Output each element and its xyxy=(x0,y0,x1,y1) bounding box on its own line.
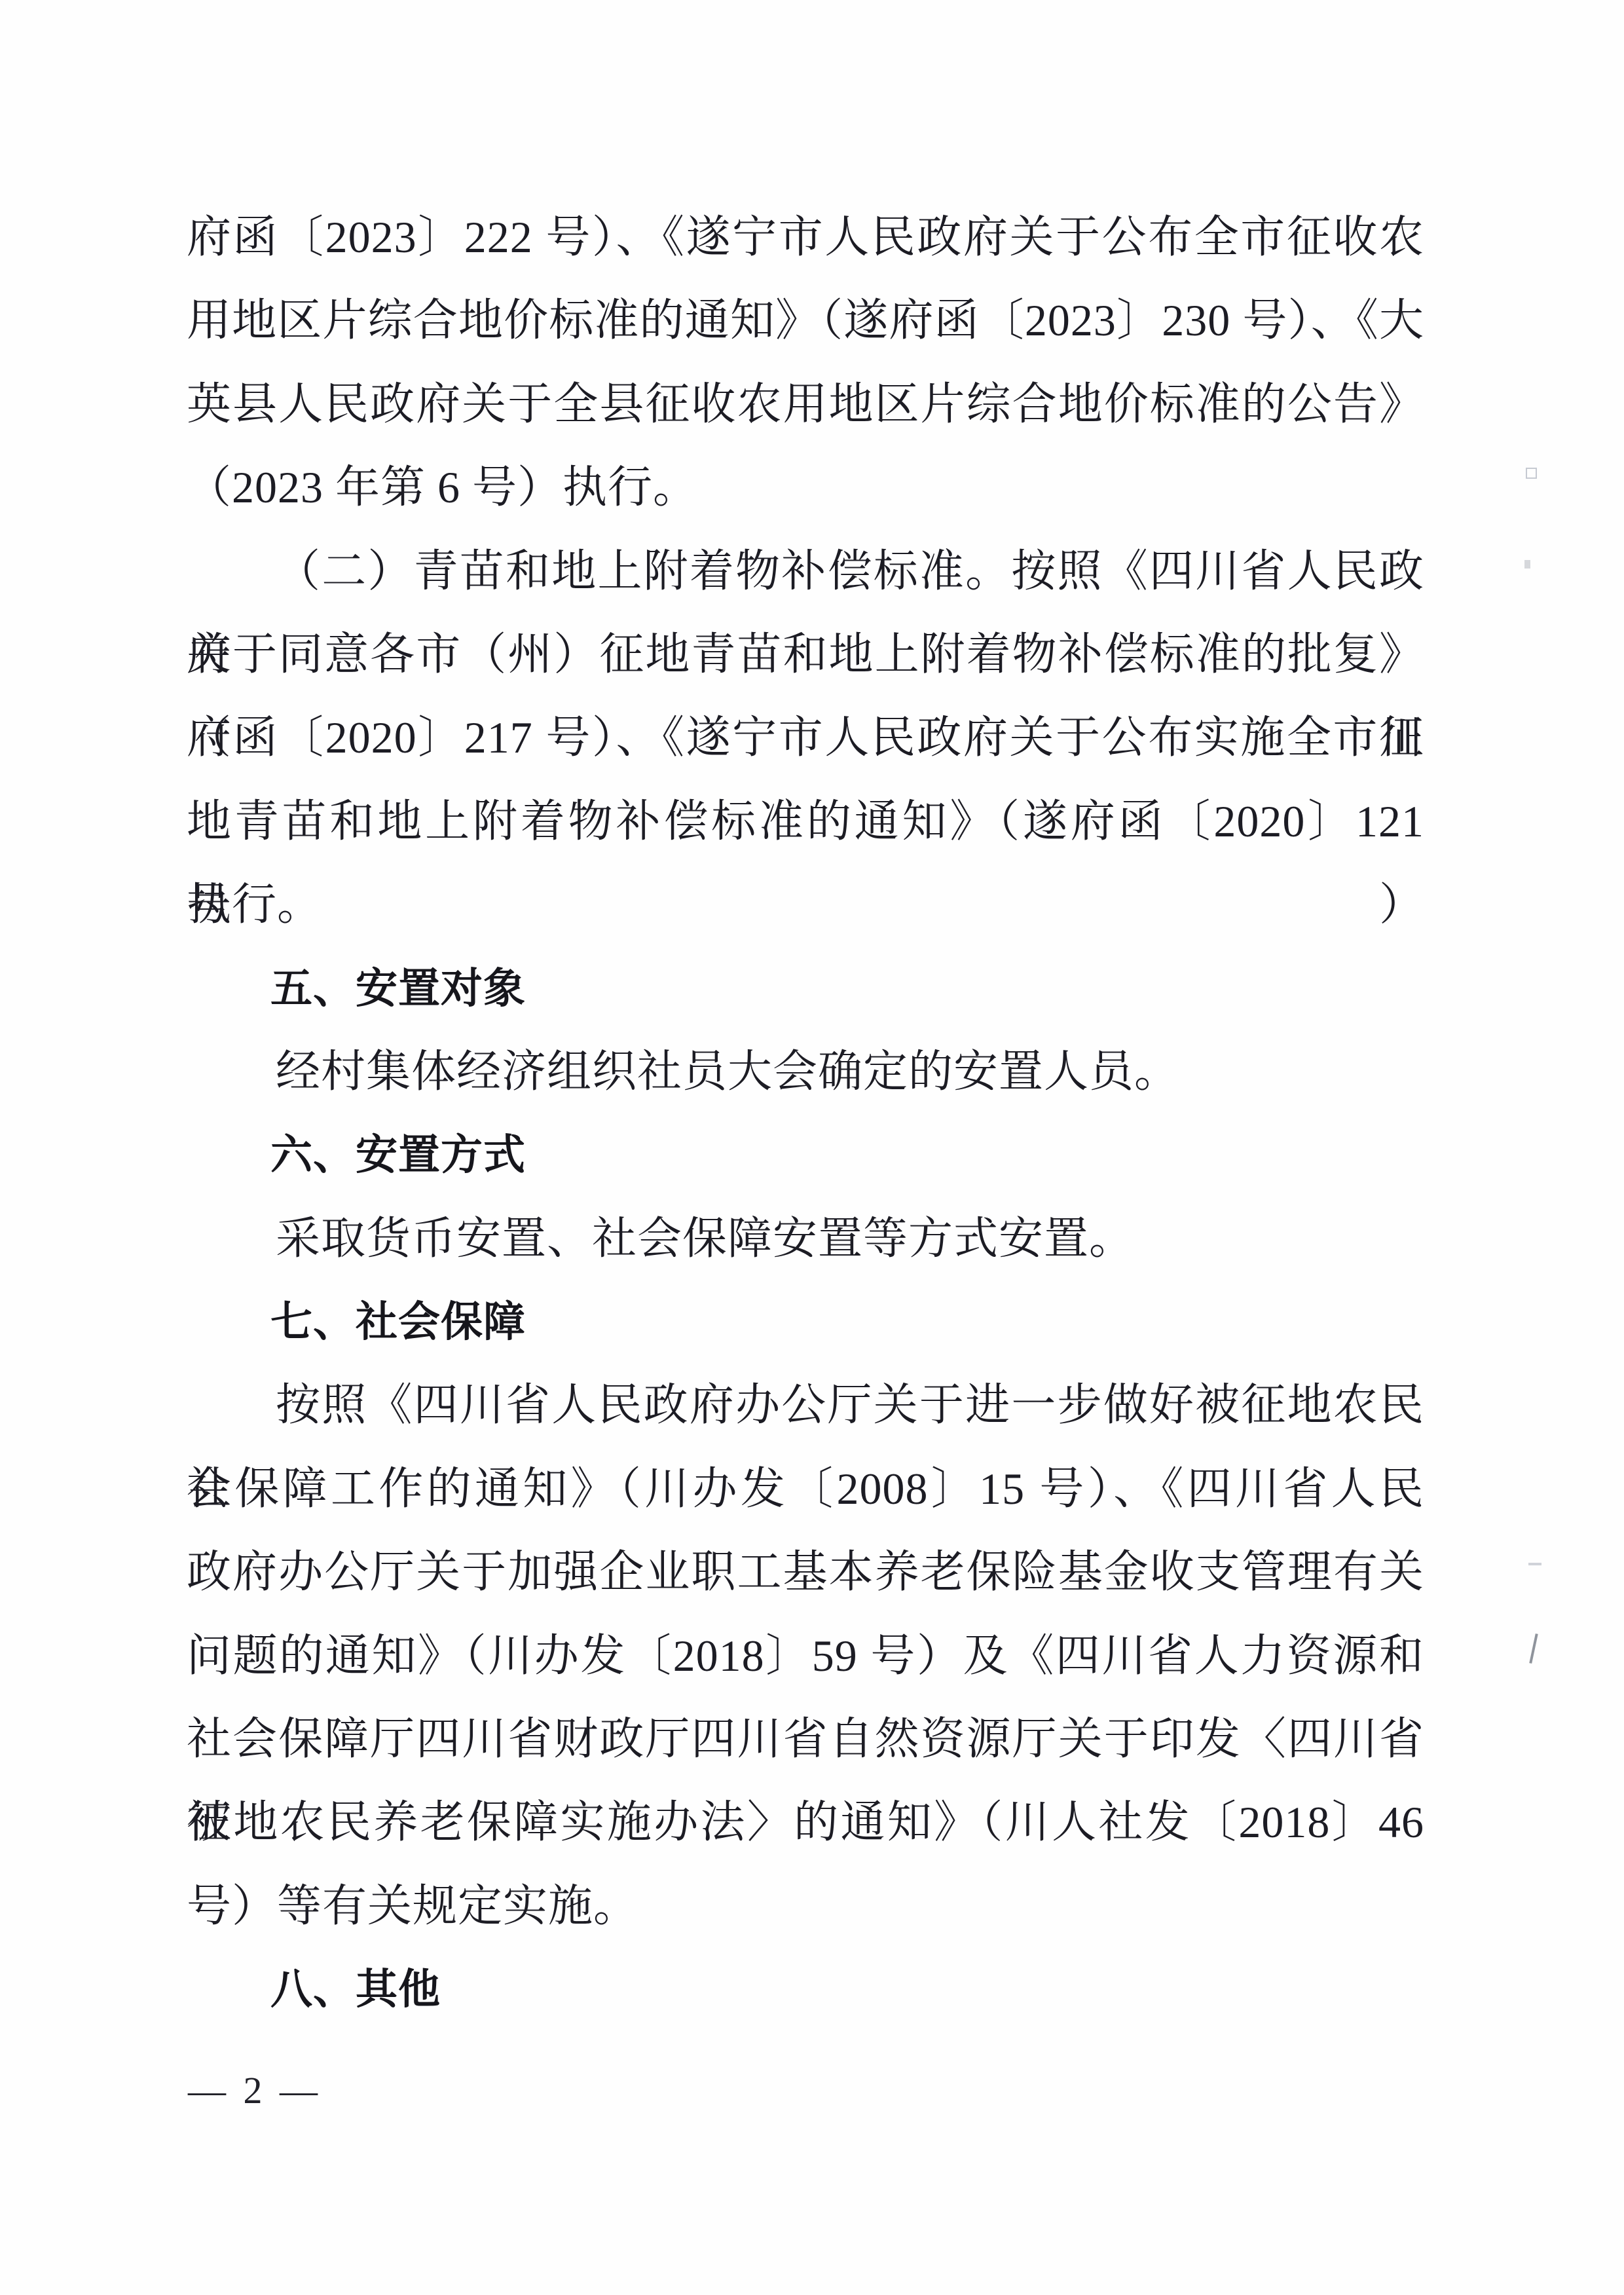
text-line: （二）青苗和地上附着物补偿标准。按照《四川省人民政府 xyxy=(187,530,1424,613)
section-heading: 七、社会保障 xyxy=(187,1280,1424,1364)
text-line: 采取货币安置、社会保障安置等方式安置。 xyxy=(187,1197,1424,1280)
text-line: 社会保障厅四川省财政厅四川省自然资源厅关于印发〈四川省被 xyxy=(187,1698,1424,1781)
text-line: 会保障工作的通知》（川办发〔2008〕15 号）、《四川省人民 xyxy=(187,1447,1424,1531)
document-body: 府函〔2023〕222 号）、《遂宁市人民政府关于公布全市征收农 用地区片综合地… xyxy=(187,196,1424,2032)
scan-artifact-dash xyxy=(1528,1563,1541,1565)
text-line: 号）等有关规定实施。 xyxy=(187,1865,1424,1948)
document-page: 府函〔2023〕222 号）、《遂宁市人民政府关于公布全市征收农 用地区片综合地… xyxy=(0,0,1624,2295)
scan-artifact-dot xyxy=(1524,560,1530,569)
text-line: 英县人民政府关于全县征收农用地区片综合地价标准的公告》 xyxy=(187,363,1424,446)
scan-artifact-stroke xyxy=(1529,1633,1538,1664)
section-heading: 八、其他 xyxy=(187,1948,1424,2031)
text-line: 府函〔2020〕217 号）、《遂宁市人民政府关于公布实施全市征 xyxy=(187,696,1424,779)
text-line: 关于同意各市（州）征地青苗和地上附着物补偿标准的批复》（川 xyxy=(187,613,1424,696)
text-line: 经村集体经济组织社员大会确定的安置人员。 xyxy=(187,1030,1424,1113)
text-line: 地青苗和地上附着物补偿标准的通知》（遂府函〔2020〕121 号） xyxy=(187,780,1424,863)
text-line: 政府办公厅关于加强企业职工基本养老保险基金收支管理有关 xyxy=(187,1531,1424,1614)
text-line: （2023 年第 6 号）执行。 xyxy=(187,446,1424,529)
text-line: 用地区片综合地价标准的通知》（遂府函〔2023〕230 号）、《大 xyxy=(187,279,1424,362)
section-heading: 六、安置方式 xyxy=(187,1113,1424,1197)
section-heading: 五、安置对象 xyxy=(187,947,1424,1030)
text-line: 府函〔2023〕222 号）、《遂宁市人民政府关于公布全市征收农 xyxy=(187,196,1424,279)
scan-artifact-square xyxy=(1526,468,1537,479)
text-line: 问题的通知》（川办发〔2018〕59 号）及《四川省人力资源和 xyxy=(187,1614,1424,1698)
text-line: 征地农民养老保障实施办法〉的通知》（川人社发〔2018〕46 xyxy=(187,1781,1424,1864)
page-number: — 2 — xyxy=(188,2064,322,2117)
text-line: 按照《四川省人民政府办公厅关于进一步做好被征地农民社 xyxy=(187,1364,1424,1447)
